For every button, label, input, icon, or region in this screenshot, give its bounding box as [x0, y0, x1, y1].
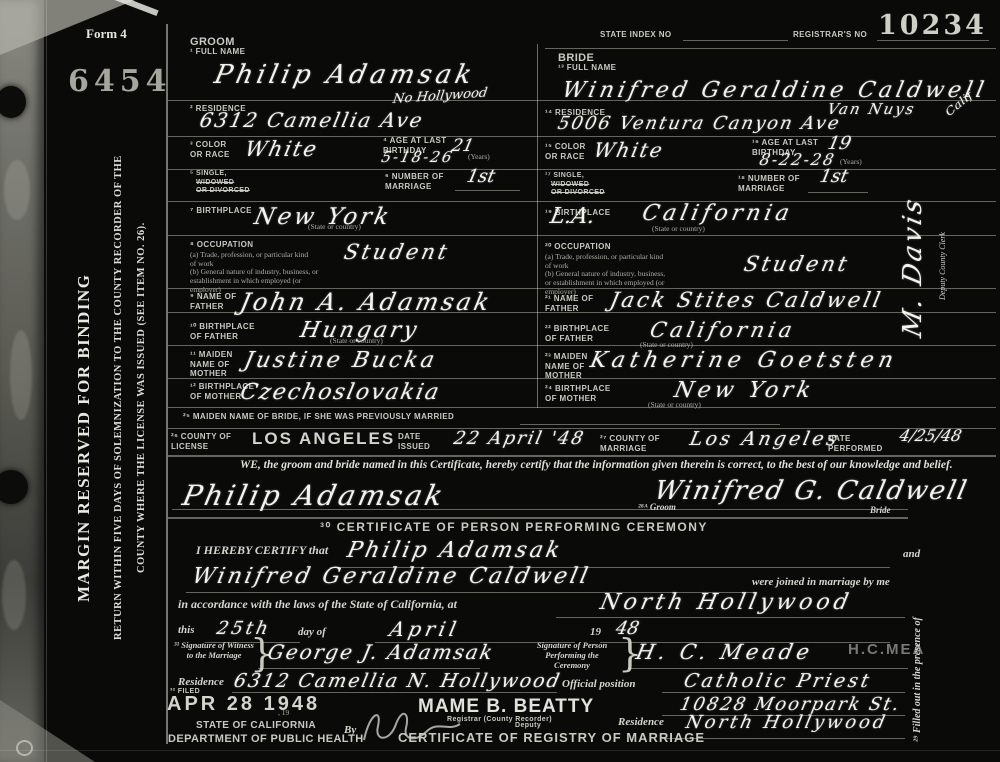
film-mark — [16, 740, 33, 756]
bride-occupation-a-caption: (a) Trade, profession, or particular kin… — [545, 252, 665, 270]
groom-signature: Philip Adamsak — [180, 482, 448, 510]
filed-date-stamp: APR 28 1948 — [167, 694, 320, 714]
date-performed-label: DATE PERFORMED — [828, 434, 883, 453]
scanned-marriage-certificate: Form 4 6454 MARGIN RESERVED FOR BINDING … — [0, 0, 1000, 762]
bride-mother-birthplace-value: New York — [672, 380, 816, 402]
bride-color-label: ¹⁵ COLOR OR RACE — [545, 142, 593, 161]
bride-mother-value: Katherine Goetsten — [588, 350, 900, 372]
binding-margin-instruction-line1: RETURN WITHIN FIVE DAYS OF SOLEMNIZATION… — [113, 88, 128, 708]
form-number-label: Form 4 — [86, 26, 127, 42]
bride-occupation-value: Student — [742, 254, 852, 275]
witness-signature-label: ³¹ Signature of Witness to the Marriage — [174, 640, 254, 660]
bride-divorced-label: OR DIVORCED — [551, 189, 605, 198]
ceremony-groom-name: Philip Adamsak — [345, 540, 565, 562]
bride-fullname-value: Winifred Geraldine Caldwell — [560, 80, 989, 102]
ceremony-prefix: I HEREBY CERTIFY that — [196, 543, 328, 557]
groom-marriage-number-value: 1st — [465, 168, 497, 186]
groom-fullname-label: ¹ FULL NAME — [190, 47, 245, 57]
registrar-number-stamp: 10234 — [878, 12, 987, 39]
rule-line — [168, 201, 996, 202]
witness-signature: George J. Adamsak — [266, 642, 496, 662]
deputy-clerk-signature: M. Davis — [900, 194, 926, 339]
state-of-california-label: STATE OF CALIFORNIA — [196, 720, 316, 732]
performer-residence-value: North Hollywood — [684, 714, 889, 732]
official-position-label: Official position — [562, 678, 635, 691]
state-index-label: STATE INDEX NO — [600, 30, 672, 40]
groom-marriage-number-label: ⁶ NUMBER OF MARRIAGE — [385, 172, 465, 191]
blank-line — [683, 40, 788, 41]
bride-signature-caption: Bride — [870, 505, 891, 516]
state-or-country-caption: (State or country) — [652, 224, 705, 233]
county-of-license-stamp: LOS ANGELES — [252, 430, 395, 447]
column-divider — [537, 44, 538, 408]
and-word: and — [903, 548, 920, 561]
date-performed-value: 4/25/48 — [898, 428, 963, 444]
state-or-country-caption: (State or country) — [330, 336, 383, 345]
signature-line — [172, 509, 908, 510]
film-mottle — [10, 330, 32, 420]
form-left-border — [166, 24, 168, 744]
groom-divorced-label: OR DIVORCED — [196, 187, 250, 196]
rule-line — [168, 169, 996, 170]
bride-residence-value: 5006 Ventura Canyon Ave — [556, 115, 842, 133]
groom-single-label: ⁵ SINGLE, — [190, 170, 227, 179]
blank-line — [455, 190, 520, 191]
groom-residence-value: 6312 Camellia Ave — [198, 110, 426, 130]
rule-line — [168, 455, 996, 457]
film-mottle — [4, 160, 30, 220]
groom-mother-value: Justine Bucka — [242, 350, 439, 372]
accordance-text: in accordance with the laws of the State… — [178, 597, 457, 611]
bride-marriage-number-value: 1st — [818, 168, 850, 186]
rule-line — [168, 345, 996, 346]
film-mottle — [2, 560, 26, 630]
bride-father-birthplace-value: California — [648, 320, 798, 341]
performer-signature: H. C. Meade — [634, 642, 815, 663]
this-word: this — [178, 624, 195, 637]
county-of-marriage-value: Los Angeles — [688, 430, 841, 449]
performer-residence-label: Residence — [618, 716, 664, 729]
film-frame-edge — [0, 750, 1000, 751]
bride-birthplace-city-value: L.A. — [548, 206, 597, 228]
bride-single-label: ¹⁷ SINGLE, — [545, 172, 584, 181]
groom-color-label: ³ COLOR OR RACE — [190, 140, 238, 159]
signature-line — [628, 668, 908, 669]
witness-residence-value: 6312 Camellia N. Hollywood — [232, 672, 563, 691]
bride-father-value: Jack Stites Caldwell — [608, 290, 885, 311]
official-position-value: Catholic Priest — [682, 672, 874, 691]
department-label: DEPARTMENT OF PUBLIC HEALTH — [168, 733, 364, 746]
previous-maiden-name-label: ²⁵ MAIDEN NAME OF BRIDE, IF SHE WAS PREV… — [183, 412, 454, 422]
date-issued-label: DATE ISSUED — [398, 432, 438, 451]
bride-marriage-number-label: ¹⁸ NUMBER OF MARRIAGE — [738, 174, 818, 193]
state-or-country-caption: (State or country) — [648, 400, 701, 409]
groom-father-birthplace-label: ¹⁰ BIRTHPLACE OF FATHER — [190, 322, 260, 341]
county-of-license-label: ²⁶ COUNTY OF LICENSE — [171, 432, 233, 451]
groom-color-value: White — [243, 139, 320, 160]
binding-margin-title: MARGIN RESERVED FOR BINDING — [74, 168, 100, 708]
groom-occupation-a-caption: (a) Trade, profession, or particular kin… — [190, 250, 315, 268]
signature-line — [258, 668, 480, 669]
groom-occupation-value: Student — [342, 242, 452, 263]
day-of-label: day of — [298, 626, 326, 639]
rule-line — [168, 235, 996, 236]
registry-heading: CERTIFICATE OF REGISTRY OF MARRIAGE — [398, 730, 705, 746]
filed-year-caption: , 19 — [278, 708, 289, 717]
groom-father-value: John A. Adamsak — [238, 290, 494, 314]
groom-birthdate-value: 5-18-26 — [380, 150, 455, 165]
ceremony-bride-name: Winifred Geraldine Caldwell — [190, 566, 592, 588]
certification-statement: WE, the groom and bride named in this Ce… — [200, 458, 980, 474]
years-caption: (Years) — [840, 157, 862, 166]
rule-line — [545, 48, 996, 49]
bride-birthplace-value: California — [640, 203, 795, 225]
date-issued-value: 22 April '48 — [452, 430, 587, 448]
county-of-marriage-label: ²⁷ COUNTY OF MARRIAGE — [600, 434, 662, 453]
rule-line — [168, 517, 908, 519]
bride-fullname-label: ¹³ FULL NAME — [558, 63, 616, 73]
groom-occupation-label: ⁸ OCCUPATION — [190, 240, 253, 250]
joined-text: were joined in marriage by me — [752, 576, 890, 589]
groom-mother-birthplace-value: Czechoslovakia — [238, 382, 442, 404]
deputy-clerk-title: Deputy County Clerk — [938, 232, 948, 300]
ceremony-place-value: North Hollywood — [598, 592, 854, 614]
bride-mother-birthplace-label: ²⁴ BIRTHPLACE OF MOTHER — [545, 384, 615, 403]
blank-line — [808, 192, 868, 193]
film-boundary — [46, 0, 47, 762]
rule-line — [168, 407, 996, 408]
groom-fullname-value: Philip Adamsak — [212, 62, 478, 88]
ceremony-heading: ³⁰ CERTIFICATE OF PERSON PERFORMING CERE… — [320, 520, 708, 534]
bride-color-value: White — [592, 140, 666, 160]
years-caption: (Years) — [468, 152, 490, 161]
bride-occupation-label: ²⁰ OCCUPATION — [545, 242, 611, 252]
bride-father-label: ²¹ NAME OF FATHER — [545, 294, 605, 313]
registrar-no-label: REGISTRAR'S NO — [793, 30, 867, 40]
blank-line — [556, 617, 905, 618]
binding-margin-instruction-line2: COUNTY WHERE THE LICENSE WAS ISSUED (SEE… — [136, 88, 151, 708]
performer-signature-label: Signature of Person Performing the Cerem… — [528, 640, 616, 671]
state-or-country-caption: (State or country) — [308, 222, 361, 231]
bride-father-birthplace-label: ²² BIRTHPLACE OF FATHER — [545, 324, 615, 343]
bride-residence-city: Van Nuys — [826, 102, 917, 117]
blank-line — [520, 424, 780, 425]
groom-birthplace-label: ⁷ BIRTHPLACE — [190, 206, 252, 216]
filled-presence-label: ²⁹ Filled out in the presence of — [912, 617, 924, 742]
blank-line — [662, 692, 905, 693]
ceremony-month-value: April — [388, 619, 462, 639]
bride-signature: Winifred G. Caldwell — [652, 478, 971, 504]
year-prefix: 19 — [590, 626, 601, 639]
